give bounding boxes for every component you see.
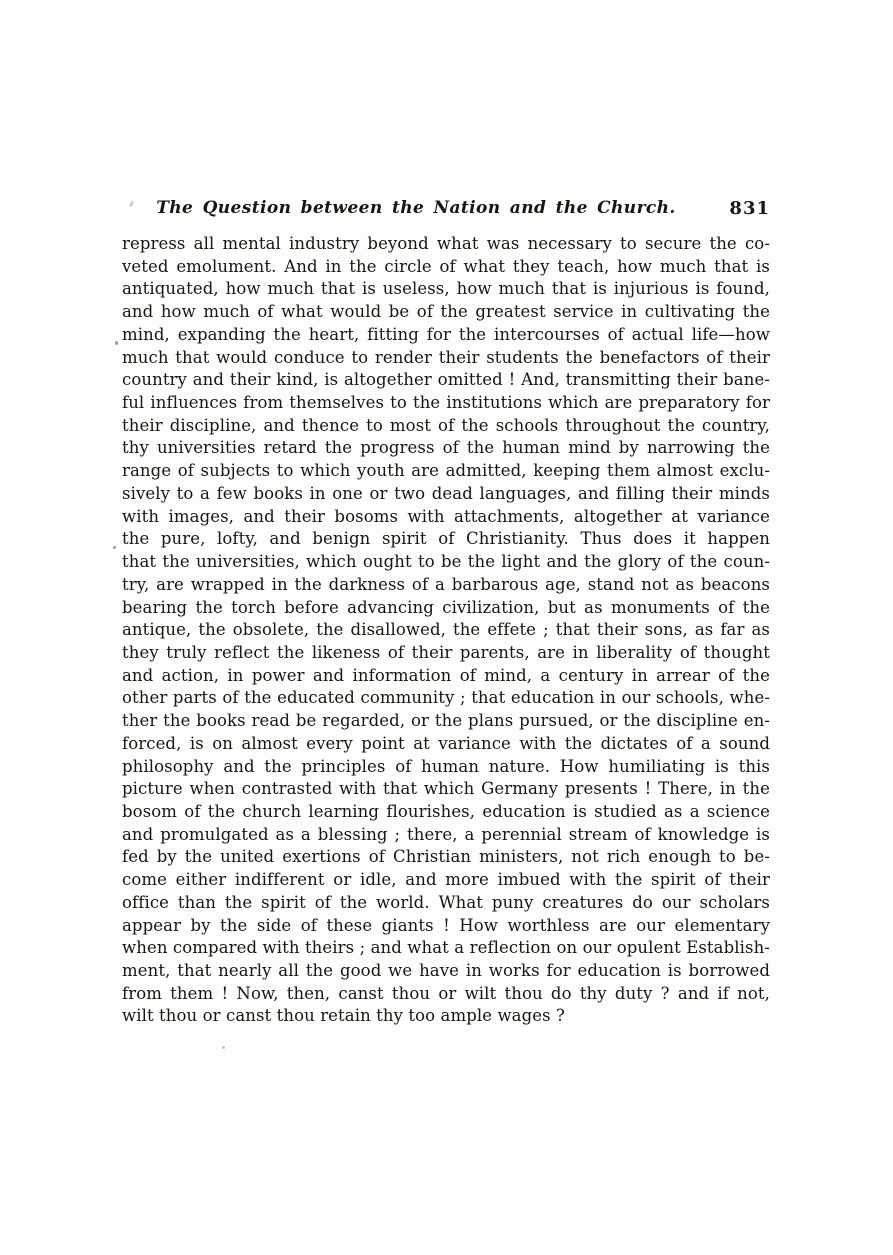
text-line: antique, the obsolete, the disallowed, t… bbox=[122, 619, 770, 642]
text-line: from them ! Now, then, canst thou or wil… bbox=[122, 983, 770, 1006]
text-line: office than the spirit of the world. Wha… bbox=[122, 892, 770, 915]
text-line: antiquated, how much that is useless, ho… bbox=[122, 278, 770, 301]
text-line: other parts of the educated community ; … bbox=[122, 687, 770, 710]
running-header: The Question between the Nation and the … bbox=[122, 198, 770, 220]
page-number: 831 bbox=[729, 198, 770, 219]
text-line: bearing the torch before advancing civil… bbox=[122, 597, 770, 620]
text-line: their discipline, and thence to most of … bbox=[122, 415, 770, 438]
text-line: that the universities, which ought to be… bbox=[122, 551, 770, 574]
text-line: and how much of what would be of the gre… bbox=[122, 301, 770, 324]
scan-speck bbox=[222, 1046, 225, 1049]
running-header-title: The Question between the Nation and the … bbox=[122, 198, 710, 218]
text-line: country and their kind, is altogether om… bbox=[122, 369, 770, 392]
body-text: repress all mental industry beyond what … bbox=[122, 233, 770, 1028]
text-line: ful influences from themselves to the in… bbox=[122, 392, 770, 415]
text-line: wilt thou or canst thou retain thy too a… bbox=[122, 1005, 770, 1028]
scan-speck bbox=[115, 341, 118, 345]
text-line: with images, and their bosoms with attac… bbox=[122, 506, 770, 529]
text-line: ment, that nearly all the good we have i… bbox=[122, 960, 770, 983]
scan-speck bbox=[113, 546, 116, 549]
text-line: when compared with theirs ; and what a r… bbox=[122, 937, 770, 960]
book-page-scan: The Question between the Nation and the … bbox=[0, 0, 893, 1255]
text-line: philosophy and the principles of human n… bbox=[122, 756, 770, 779]
text-line: appear by the side of these giants ! How… bbox=[122, 915, 770, 938]
text-line: picture when contrasted with that which … bbox=[122, 778, 770, 801]
text-line: veted emolument. And in the circle of wh… bbox=[122, 256, 770, 279]
text-line: thy universities retard the progress of … bbox=[122, 437, 770, 460]
text-line: the pure, lofty, and benign spirit of Ch… bbox=[122, 528, 770, 551]
text-line: try, are wrapped in the darkness of a ba… bbox=[122, 574, 770, 597]
text-line: much that would conduce to render their … bbox=[122, 347, 770, 370]
text-line: they truly reflect the likeness of their… bbox=[122, 642, 770, 665]
text-line: and action, in power and information of … bbox=[122, 665, 770, 688]
text-line: ther the books read be regarded, or the … bbox=[122, 710, 770, 733]
text-line: forced, is on almost every point at vari… bbox=[122, 733, 770, 756]
text-line: fed by the united exertions of Christian… bbox=[122, 846, 770, 869]
text-line: bosom of the church learning flourishes,… bbox=[122, 801, 770, 824]
text-line: come either indifferent or idle, and mor… bbox=[122, 869, 770, 892]
text-line: repress all mental industry beyond what … bbox=[122, 233, 770, 256]
text-line: range of subjects to which youth are adm… bbox=[122, 460, 770, 483]
text-line: mind, expanding the heart, fitting for t… bbox=[122, 324, 770, 347]
text-line: and promulgated as a blessing ; there, a… bbox=[122, 824, 770, 847]
text-line: sively to a few books in one or two dead… bbox=[122, 483, 770, 506]
